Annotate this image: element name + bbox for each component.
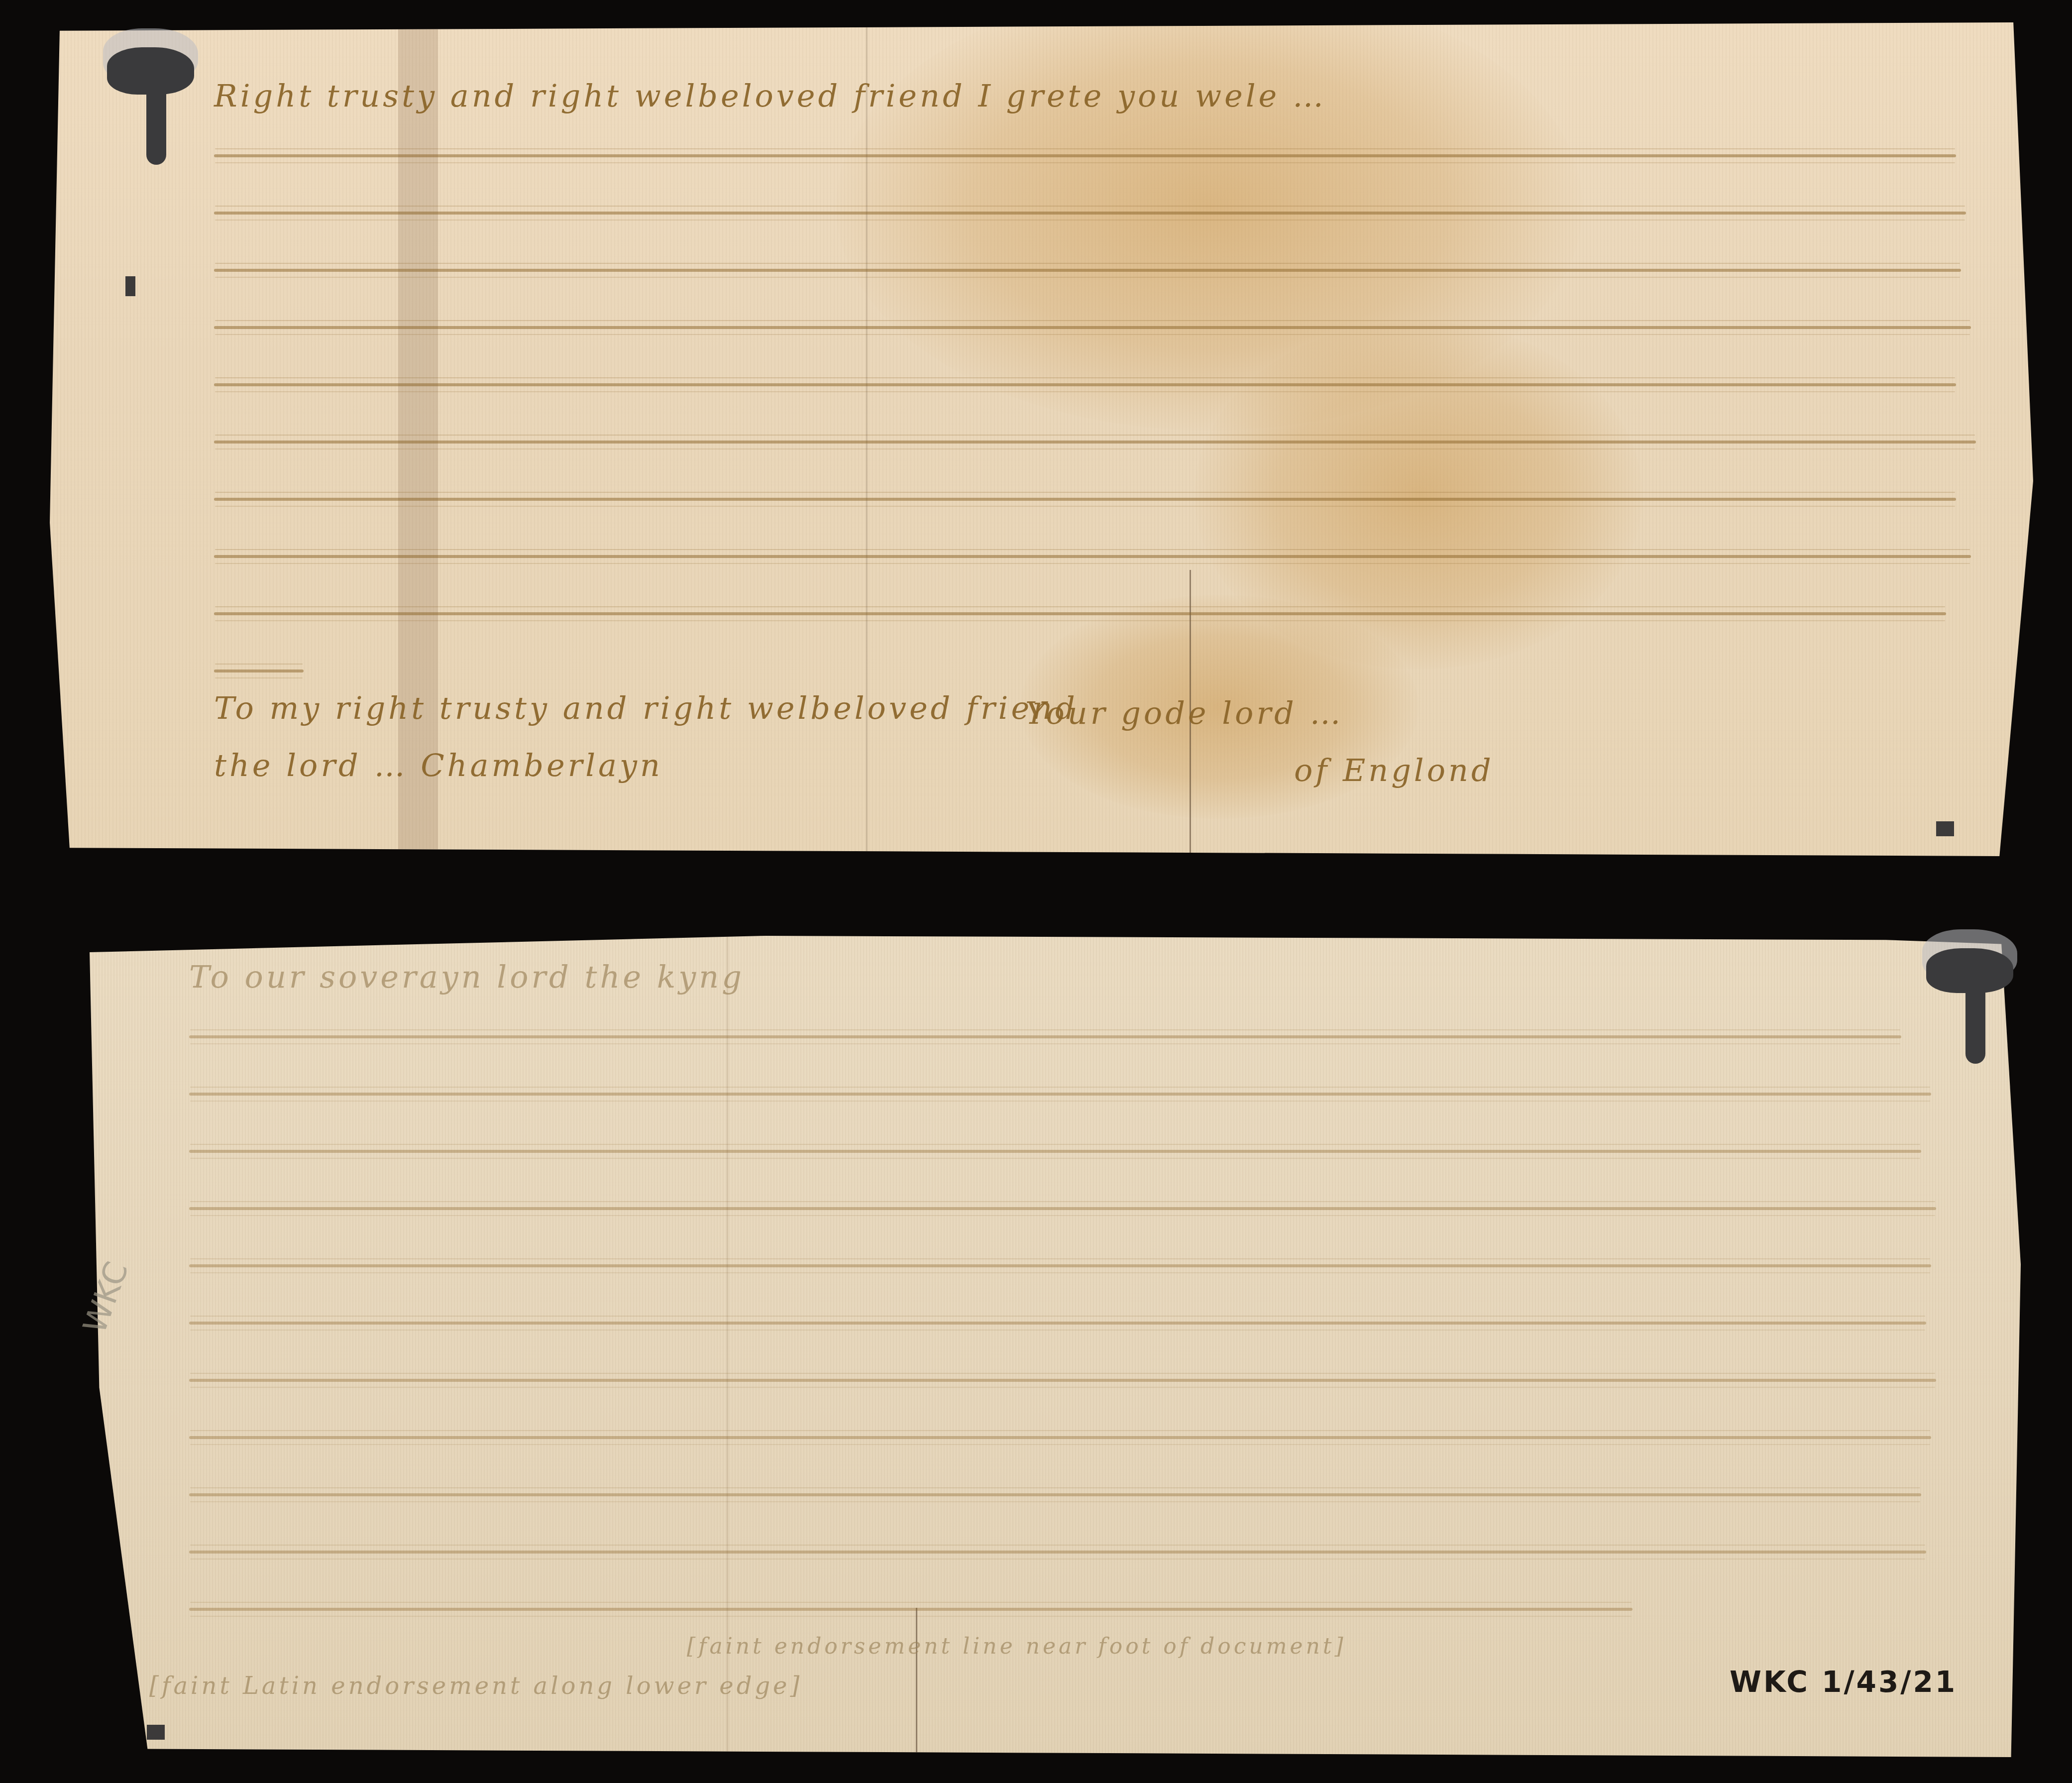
script-line [189, 1063, 1936, 1120]
script-line [214, 353, 1976, 411]
script-line [214, 124, 1976, 182]
script-line [214, 582, 1976, 640]
script-line [189, 1005, 1936, 1063]
script-line [214, 468, 1976, 525]
address-line: the lord … Chamberlayn [214, 737, 1078, 794]
script-line [214, 182, 1976, 239]
letter-body: Right trusty and right welbeloved friend… [214, 67, 1976, 697]
conservation-tape [1926, 948, 2013, 993]
script-line [214, 296, 1976, 353]
signature-block: Your gode lord … of Englond [1025, 684, 1494, 799]
petition-heading: To our soverayn lord the kyng [189, 948, 1936, 1005]
signature-line: of Englond [1025, 742, 1494, 799]
signature-line: Your gode lord … [1025, 684, 1494, 742]
script-line [189, 1349, 1936, 1406]
script-line [214, 239, 1976, 296]
archive-shelfmark: WKC 1/43/21 [1730, 1665, 1957, 1699]
script-line [189, 1463, 1936, 1521]
script-line [189, 1177, 1936, 1234]
petition-body: To our soverayn lord the kyng [189, 948, 1936, 1635]
petition-fragment-bottom: To our soverayn lord the kyng [faint end… [90, 936, 2021, 1757]
latin-endorsement: [faint Latin endorsement along lower edg… [149, 1658, 802, 1715]
mount-corner [147, 1725, 165, 1740]
script-line [189, 1234, 1936, 1292]
address-block: To my right trusty and right welbeloved … [214, 679, 1078, 794]
script-line [189, 1292, 1936, 1349]
script-line [214, 525, 1976, 582]
script-line [189, 1521, 1936, 1578]
mount-corner [1936, 821, 1954, 836]
script-line [189, 1120, 1936, 1177]
address-line: To my right trusty and right welbeloved … [214, 679, 1078, 737]
script-line [214, 411, 1976, 468]
letter-fragment-top: Right trusty and right welbeloved friend… [50, 22, 2033, 856]
mount-corner [125, 276, 135, 296]
opening-line: Right trusty and right welbeloved friend… [214, 67, 1976, 124]
conservation-tape [107, 47, 194, 95]
script-line [189, 1406, 1936, 1463]
